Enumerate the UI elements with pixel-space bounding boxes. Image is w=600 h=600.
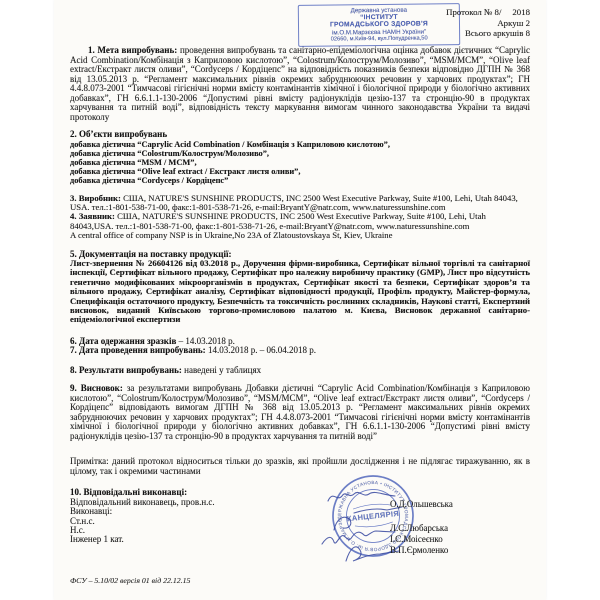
executor-name: Л.С.Любарська [390,524,448,534]
section-1-text: проведення випробувань та санітарно-епід… [70,45,530,122]
executor-label: Відповідальний виконавець, пров.н.с. [70,498,530,507]
institute-rect-stamp: Державна установа “ІНСТИТУТ ГРОМАДСЬКОГО… [298,3,460,47]
test-objects-list: добавка дієтична “Caprylic Acid Combinat… [70,140,530,186]
section-10-executors: 10. Відповідальні виконавці: Відповідаль… [70,488,530,568]
note-label: Примітка: [70,456,109,466]
test-object-item: добавка дієтична “MSM / МСМ”, [70,158,530,167]
section-9-text: за результатами випробувань Добавки дієт… [70,383,530,441]
executor-labels: 10. Відповідальні виконавці: Відповідаль… [70,488,530,544]
section-3-manufacturer: 3. Виробник: США, NATURE'S SUNSHINE PROD… [70,194,530,213]
protocol-meta: Протокол № 8/ 2018 Аркуш 2 Всього аркуші… [446,7,530,39]
section-8-heading: 8. Результати випробувань: [70,365,182,375]
executor-label: Н.с. [70,526,530,535]
section-1-heading: 1. Мета випробувань: [88,45,177,55]
test-object-item: добавка дієтична “Olive leaf extract / Е… [70,167,530,176]
section-5-documents: Лист-звернення № 26604126 від 03.2018 р.… [70,259,530,325]
executor-label: Виконавці: [70,507,530,516]
section-6-heading: 6. Дата одержання зразків [70,336,176,346]
executor-name: О.Д.Ольшевська [390,500,453,510]
section-3-text: США, NATURE'S SUNSHINE PRODUCTS, INC 250… [70,193,518,212]
executor-label: Інженер 1 кат. [70,535,530,544]
section-8-text: наведені у таблицях [182,365,261,375]
document-header: Державна установа “ІНСТИТУТ ГРОМАДСЬКОГО… [70,2,530,46]
test-object-item: добавка дієтична “Caprylic Acid Combinat… [70,140,530,149]
section-1-purpose: 1. Мета випробувань: проведення випробув… [70,46,530,122]
test-object-item: добавка дієтична “Cordyceps / Кордіцепс” [70,176,530,185]
section-2-heading: 2. Об’єкти випробувань [70,130,530,140]
section-6-text: – 14.03.2018 р. [176,336,235,346]
executor-name: В.П.Єрмоленко [390,546,448,556]
section-7-text: 14.03.2018 р. – 06.04.2018 р. [206,345,316,355]
stamp-address: 02660, м.Київ-94, вул.Попудренка,50 [300,35,458,44]
section-4-applicant: 4. Заявник: США, NATURE'S SUNSHINE PRODU… [70,212,530,240]
protocol-number: Протокол № 8/ 2018 [446,7,530,18]
protocol-document-page: Державна установа “ІНСТИТУТ ГРОМАДСЬКОГО… [54,0,546,600]
test-object-item: добавка дієтична “Colostrum/Колострум/Мо… [70,149,530,158]
section-7-test-dates: 7. Дата проведення випробувань: 14.03.20… [70,346,530,356]
executor-name: І.С.Моісеєнко [390,535,443,545]
note-text: даний протокол відноситься тільки до зра… [70,456,530,476]
section-4-text: США, NATURE'S SUNSHINE PRODUCTS, INC 250… [70,211,486,230]
total-sheets: Всього аркушів 8 [446,28,530,39]
form-code-footer: ФСУ – 5.10/02 версія 01 від 22.12.15 [70,576,530,586]
section-4-text2: A central office of company NSP is in Uk… [70,230,393,240]
sheet-number: Аркуш 2 [446,18,530,29]
section-7-heading: 7. Дата проведення випробувань: [70,345,206,355]
note-paragraph: Примітка: даний протокол відноситься тіл… [70,457,530,476]
section-8-results: 8. Результати випробувань: наведені у та… [70,366,530,376]
section-9-conclusion: 9. Висновок: за результатами випробувань… [70,384,530,441]
executor-label: Ст.н.с. [70,517,530,526]
section-9-heading: 9. Висновок: [70,383,123,393]
